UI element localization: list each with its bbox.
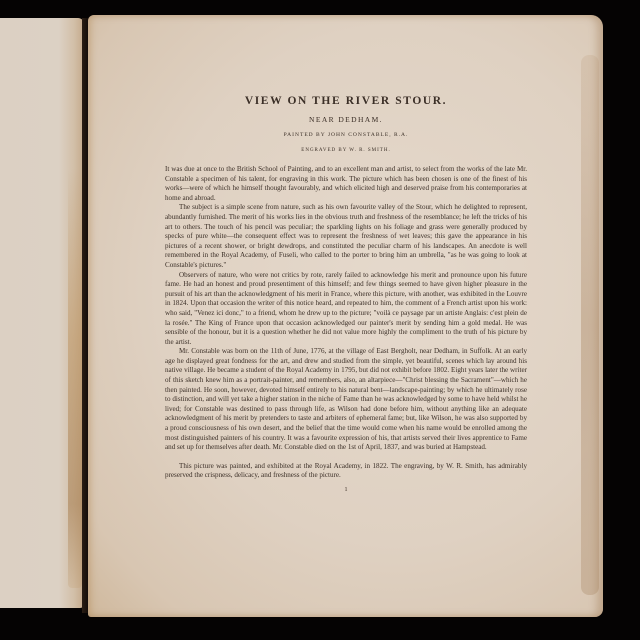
right-page: VIEW ON THE RIVER STOUR. NEAR DEDHAM. PA… <box>88 15 603 617</box>
paragraph: The subject is a simple scene from natur… <box>165 203 527 270</box>
page-edge-stain <box>68 168 82 588</box>
paragraph: Mr. Constable was born on the 11th of Ju… <box>165 347 527 453</box>
page-title: VIEW ON THE RIVER STOUR. <box>165 95 527 107</box>
paragraph: This picture was painted, and exhibited … <box>165 462 527 481</box>
paragraph: It was due at once to the British School… <box>165 165 527 203</box>
page-number: 1 <box>165 487 527 493</box>
painter-credit: PAINTED BY JOHN CONSTABLE, R.A. <box>165 132 527 138</box>
paragraph: Observers of nature, who were not critic… <box>165 271 527 348</box>
page-edge-stain <box>581 55 599 595</box>
text-column: VIEW ON THE RIVER STOUR. NEAR DEDHAM. PA… <box>165 95 527 493</box>
engraver-credit: ENGRAVED BY W. R. SMITH. <box>165 148 527 153</box>
subtitle: NEAR DEDHAM. <box>165 115 527 124</box>
left-page <box>0 18 84 608</box>
body-text: It was due at once to the British School… <box>165 165 527 481</box>
